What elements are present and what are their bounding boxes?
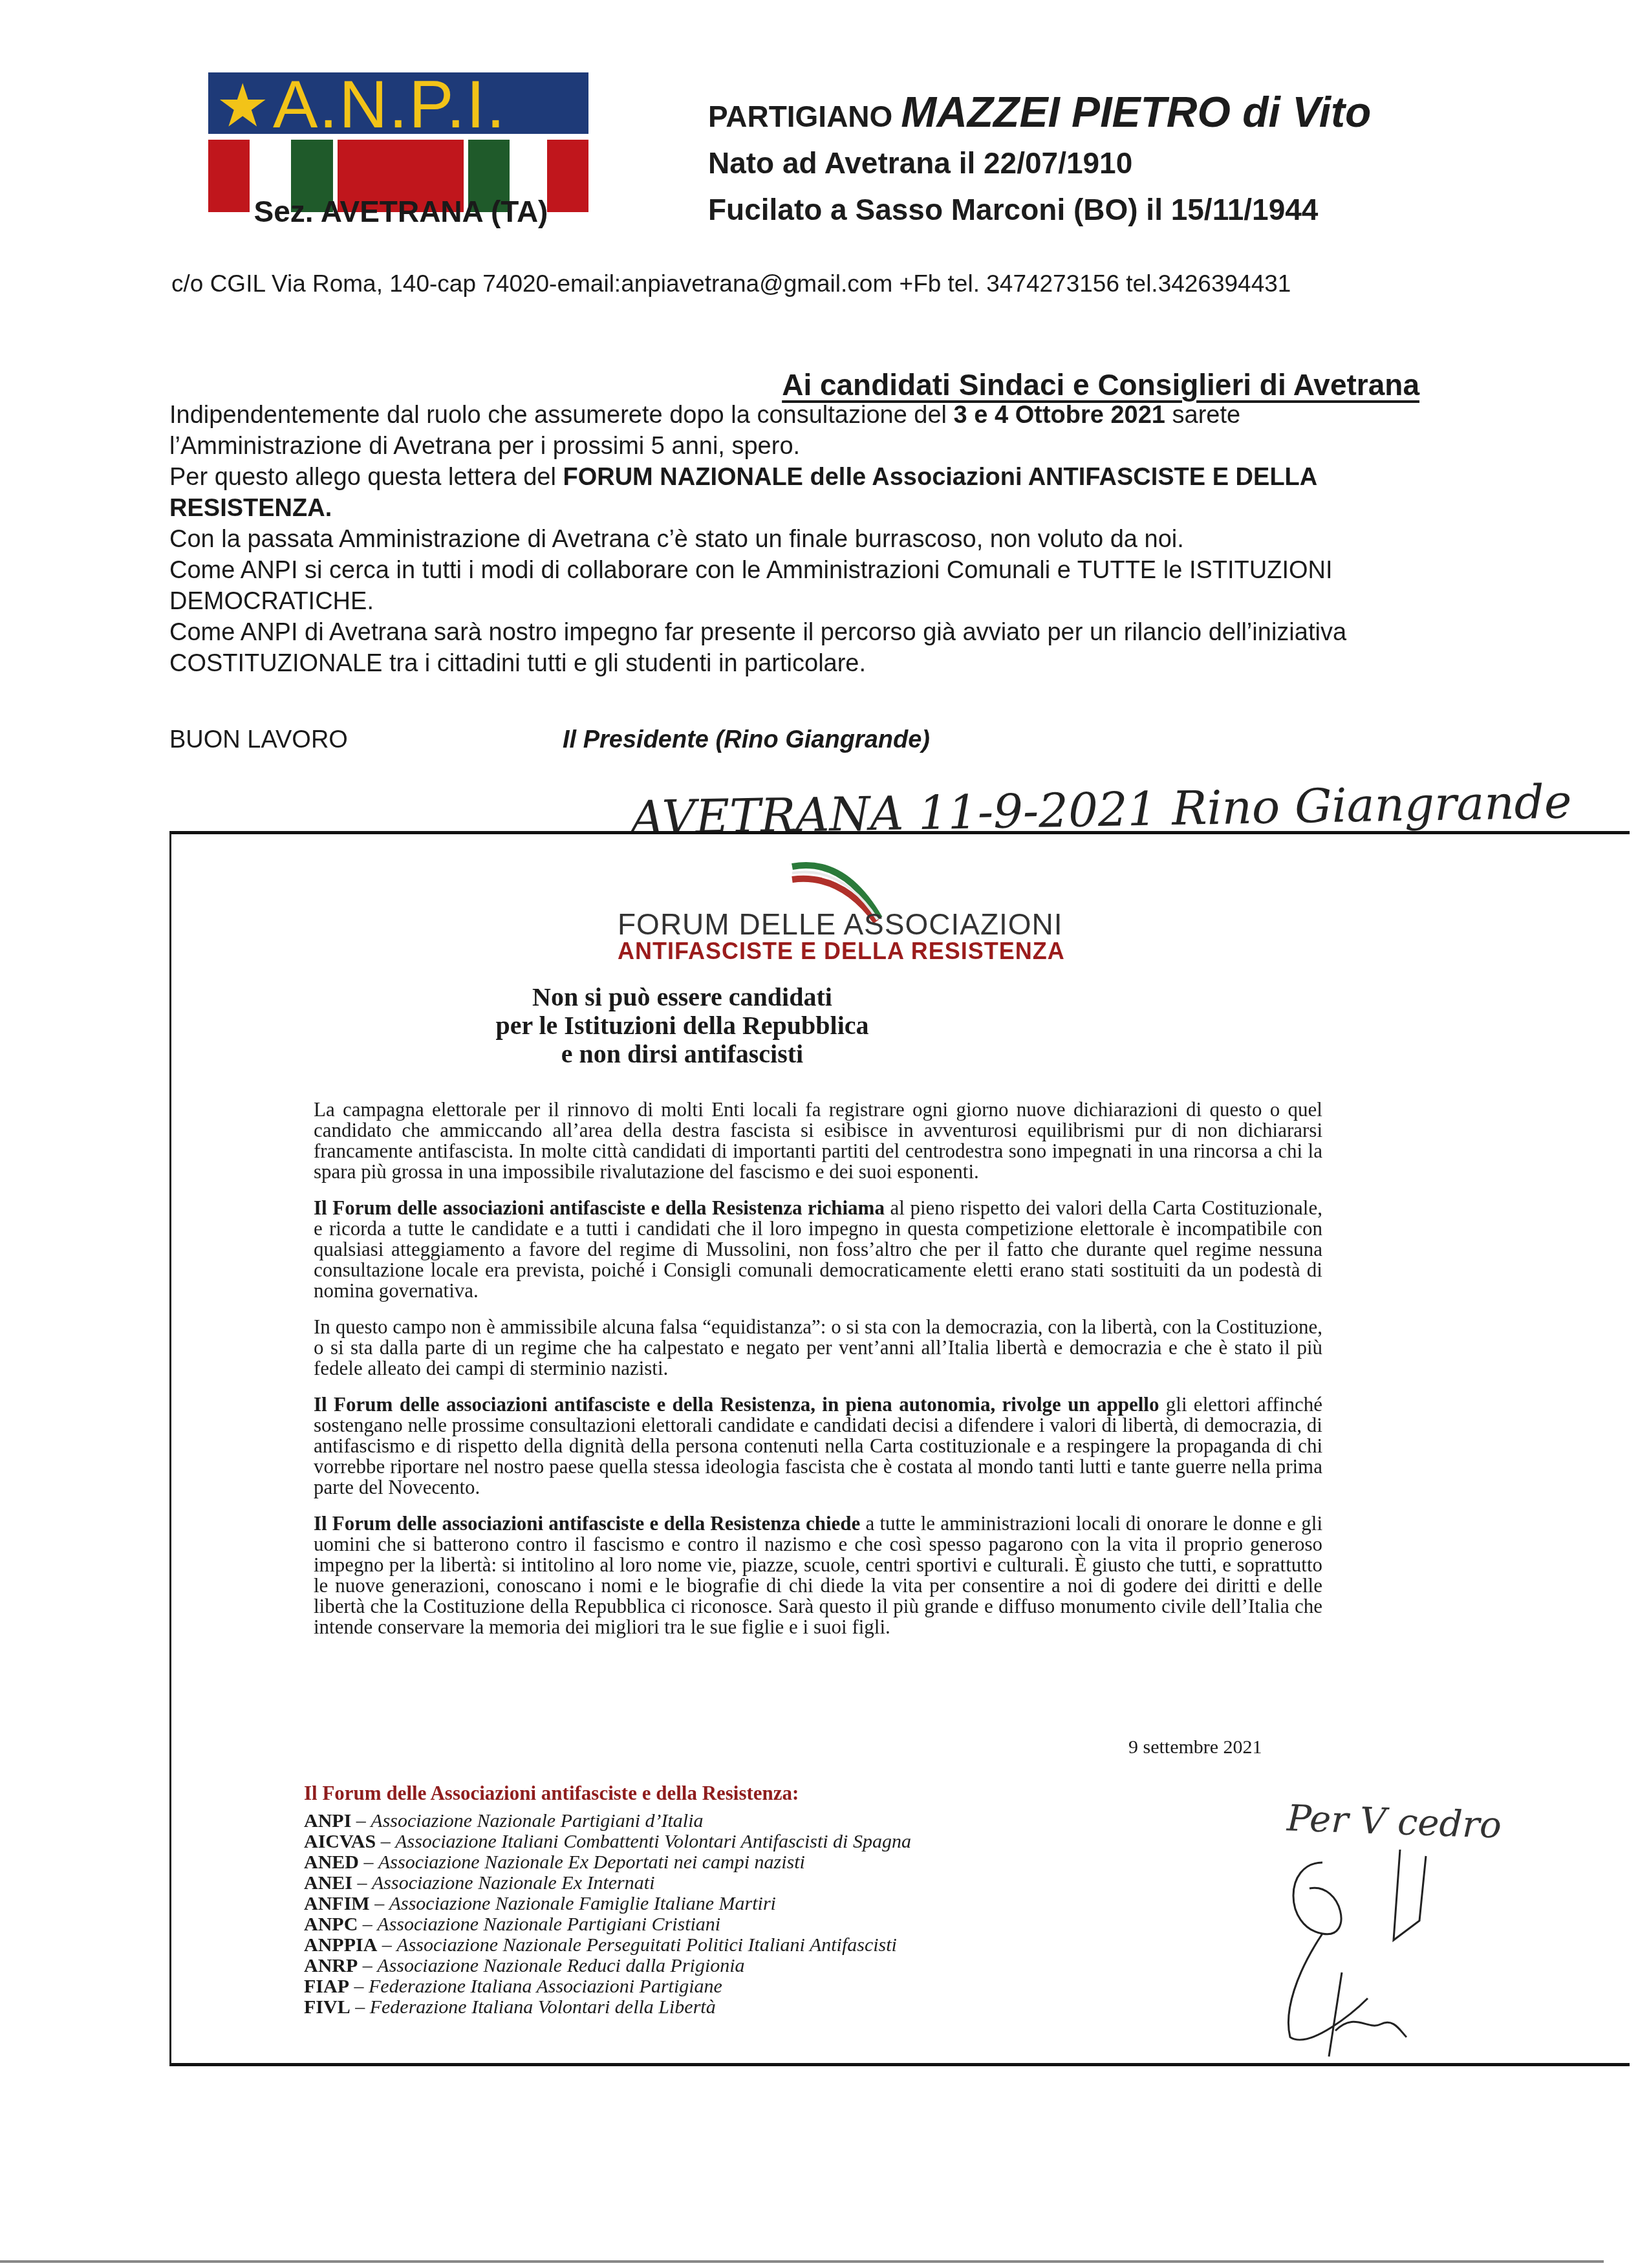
letter-closing: BUON LAVORO Il Presidente (Rino Giangran…	[169, 726, 1398, 754]
paragraph: In questo campo non è ammissibile alcuna…	[314, 1317, 1322, 1379]
member-row: FIVL – Federazione Italiana Volontari de…	[304, 1997, 911, 2018]
member-row: ANFIM – Associazione Nazionale Famiglie …	[304, 1894, 911, 1914]
member-row: FIAP – Federazione Italiana Associazioni…	[304, 1976, 911, 1997]
paragraph: Il Forum delle associazioni antifasciste…	[314, 1394, 1322, 1498]
paragraph: Come ANPI si cerca in tutti i modi di co…	[169, 555, 1437, 617]
paragraph: Il Forum delle associazioni antifasciste…	[314, 1198, 1322, 1301]
closing-text: BUON LAVORO	[169, 726, 348, 753]
handwritten-note: Per V cedro	[1286, 1797, 1502, 1847]
handwritten-signature-icon	[1271, 1843, 1529, 2063]
contact-line: c/o CGIL Via Roma, 140-cap 74020-email:a…	[171, 270, 1291, 297]
paragraph: Come ANPI di Avetrana sarà nostro impegn…	[169, 617, 1437, 679]
forum-title: Non si può essere candidati per le Istit…	[171, 983, 1193, 1068]
partisan-heading: PARTIGIANO MAZZEI PIETRO di Vito	[708, 87, 1371, 136]
paragraph: La campagna elettorale per il rinnovo di…	[314, 1099, 1322, 1182]
members-title: Il Forum delle Associazioni antifasciste…	[304, 1782, 799, 1805]
member-row: ANPC – Associazione Nazionale Partigiani…	[304, 1914, 911, 1935]
members-list: ANPI – Associazione Nazionale Partigiani…	[304, 1811, 911, 2018]
forum-date: 9 settembre 2021	[1128, 1736, 1262, 1758]
partisan-born: Nato ad Avetrana il 22/07/1910	[708, 146, 1132, 180]
member-row: ANPPIA – Associazione Nazionale Persegui…	[304, 1935, 911, 1956]
star-icon: ★	[216, 76, 269, 136]
logo-acronym: A.N.P.I.	[273, 71, 506, 138]
paragraph: Con la passata Amministrazione di Avetra…	[169, 524, 1437, 555]
paragraph: Indipendentemente dal ruolo che assumere…	[169, 400, 1437, 462]
partisan-name: MAZZEI PIETRO di Vito	[901, 88, 1371, 136]
forum-logo: FORUM DELLE ASSOCIAZIONI ANTIFASCISTE E …	[618, 873, 1083, 951]
member-row: ANEI – Associazione Nazionale Ex Interna…	[304, 1873, 911, 1894]
letter-heading: Ai candidati Sindaci e Consiglieri di Av…	[782, 367, 1419, 402]
letter-body: Indipendentemente dal ruolo che assumere…	[169, 400, 1437, 679]
partisan-executed: Fucilato a Sasso Marconi (BO) il 15/11/1…	[708, 192, 1318, 227]
paragraph: Per questo allego questa lettera del FOR…	[169, 462, 1437, 524]
member-row: AICVAS – Associazione Italiani Combatten…	[304, 1831, 911, 1852]
forum-document: FORUM DELLE ASSOCIAZIONI ANTIFASCISTE E …	[169, 831, 1630, 2066]
paragraph: Il Forum delle associazioni antifasciste…	[314, 1513, 1322, 1637]
forum-body: La campagna elettorale per il rinnovo di…	[314, 1099, 1322, 1653]
scan-edge	[0, 2260, 1604, 2263]
president-signature-label: Il Presidente (Rino Giangrande)	[563, 726, 930, 754]
forum-logo-line2: ANTIFASCISTE E DELLA RESISTENZA	[618, 938, 1065, 965]
member-row: ANRP – Associazione Nazionale Reduci dal…	[304, 1956, 911, 1976]
forum-logo-line1: FORUM DELLE ASSOCIAZIONI	[618, 907, 1063, 942]
member-row: ANPI – Associazione Nazionale Partigiani…	[304, 1811, 911, 1831]
section-name: Sez. AVETRANA (TA)	[213, 194, 588, 229]
member-row: ANED – Associazione Nazionale Ex Deporta…	[304, 1852, 911, 1873]
logo-blue-band: ★ A.N.P.I.	[208, 72, 588, 134]
